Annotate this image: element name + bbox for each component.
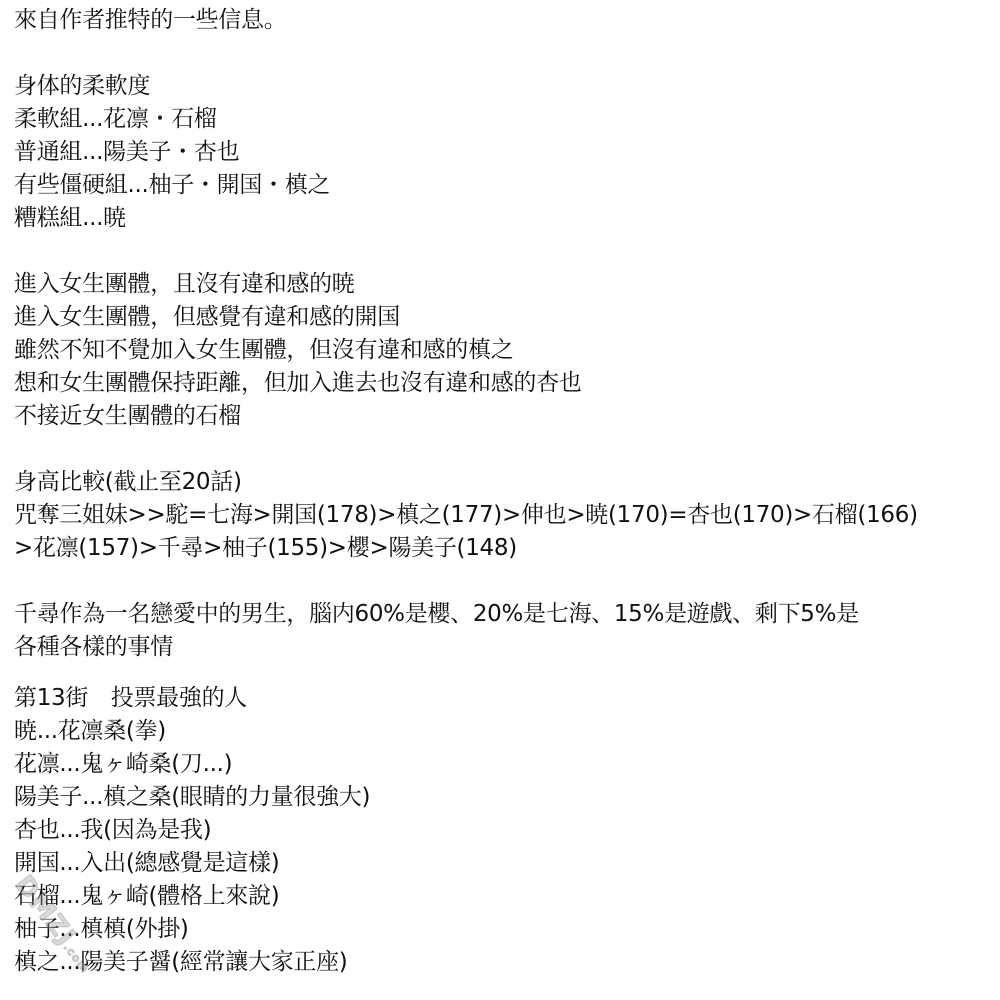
height-title: 身高比較(截止至20話)	[14, 466, 999, 499]
vote-line: 花凛...鬼ヶ崎桑(刀...)	[14, 748, 999, 781]
height-ranking-line: >花凛(157)>千尋>柚子(155)>櫻>陽美子(148)	[14, 532, 999, 565]
vote-line: 開国...入出(總感覺是這樣)	[14, 847, 999, 880]
flexibility-line: 柔軟組...花凛・石榴	[14, 103, 999, 136]
flexibility-line: 糟糕組...暁	[14, 202, 999, 235]
flexibility-line: 普通組...陽美子・杏也	[14, 136, 999, 169]
document-body: 來自作者推特的一些信息。 身体的柔軟度 柔軟組...花凛・石榴 普通組...陽美…	[14, 4, 999, 979]
vote-line: 槙之...陽美子醤(經常讓大家正座)	[14, 946, 999, 979]
spacer	[14, 235, 999, 268]
chihiro-text-line: 千尋作為一名戀愛中的男生，腦内60%是櫻、20%是七海、15%是遊戲、剩下5%是	[14, 598, 999, 631]
girls-group-line: 雖然不知不覺加入女生團體，但沒有違和感的槙之	[14, 334, 999, 367]
flexibility-section: 身体的柔軟度 柔軟組...花凛・石榴 普通組...陽美子・杏也 有些僵硬組...…	[14, 70, 999, 235]
vote-title: 第13街 投票最強的人	[14, 682, 999, 715]
girls-group-line: 不接近女生團體的石榴	[14, 400, 999, 433]
vote-line: 石榴...鬼ヶ崎(體格上來說)	[14, 880, 999, 913]
spacer	[14, 565, 999, 598]
chihiro-text-line: 各種各樣的事情	[14, 631, 999, 664]
vote-line: 暁...花凛桑(拳)	[14, 715, 999, 748]
spacer	[14, 433, 999, 466]
flexibility-line: 有些僵硬組...柚子・開国・槙之	[14, 169, 999, 202]
height-section: 身高比較(截止至20話) 咒奪三姐妹>>駝=七海>開国(178)>槙之(177)…	[14, 466, 999, 565]
vote-line: 陽美子...槙之桑(眼睛的力量很強大)	[14, 781, 999, 814]
height-ranking-line: 咒奪三姐妹>>駝=七海>開国(178)>槙之(177)>伸也>暁(170)=杏也…	[14, 499, 999, 532]
intro-text: 來自作者推特的一些信息。	[14, 4, 999, 37]
girls-group-line: 進入女生團體，且沒有違和感的暁	[14, 268, 999, 301]
girls-group-line: 進入女生團體，但感覺有違和感的開国	[14, 301, 999, 334]
flexibility-title: 身体的柔軟度	[14, 70, 999, 103]
girls-group-section: 進入女生團體，且沒有違和感的暁 進入女生團體，但感覺有違和感的開国 雖然不知不覺…	[14, 268, 999, 433]
spacer	[14, 37, 999, 70]
spacer	[14, 664, 999, 682]
girls-group-line: 想和女生團體保持距離，但加入進去也沒有違和感的杏也	[14, 367, 999, 400]
vote-section: 第13街 投票最強的人 暁...花凛桑(拳) 花凛...鬼ヶ崎桑(刀...) 陽…	[14, 682, 999, 979]
vote-line: 杏也...我(因為是我)	[14, 814, 999, 847]
vote-line: 柚子...槙槙(外掛)	[14, 913, 999, 946]
chihiro-section: 千尋作為一名戀愛中的男生，腦内60%是櫻、20%是七海、15%是遊戲、剩下5%是…	[14, 598, 999, 664]
